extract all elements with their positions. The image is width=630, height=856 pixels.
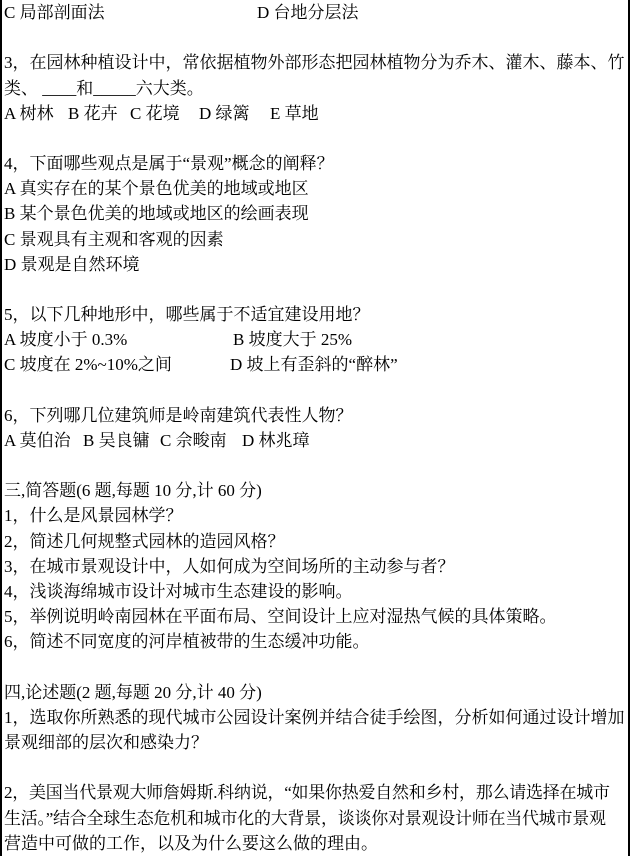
text-line: C 局部剖面法D 台地分层法 bbox=[4, 0, 626, 25]
text-line: B 某个景色优美的地域或地区的绘画表现 bbox=[4, 201, 626, 226]
text-line: 4，浅谈海绵城市设计对城市生态建设的影响。 bbox=[4, 579, 626, 604]
option-c: C 佘畯南 bbox=[160, 428, 227, 453]
question-text: 4，浅谈海绵城市设计对城市生态建设的影响。 bbox=[4, 582, 353, 601]
option-c: C 景观具有主观和客观的因素 bbox=[4, 230, 224, 249]
question-text: 6，下列哪几位建筑师是岭南建筑代表性人物？ bbox=[4, 406, 353, 425]
option-b: B 坡度大于 25% bbox=[233, 327, 352, 352]
option-c: C 花境 bbox=[130, 101, 180, 126]
text-line: 5，以下几种地形中，哪些属于不适宜建设用地？ bbox=[4, 302, 626, 327]
text-line: A 莫伯治B 吴良镛C 佘畯南D 林兆璋 bbox=[4, 428, 626, 453]
option-b: B 花卉 bbox=[68, 101, 118, 126]
text-line: 2，简述几何规整式园林的造园风格？ bbox=[4, 529, 626, 554]
option-a: A 树林 bbox=[4, 104, 54, 123]
essay-question-2: 2，美国当代景观大师詹姆斯.科纳说，“如果你热爱自然和乡村，那么请选择在城市生活… bbox=[4, 780, 626, 856]
text-line: 4，下面哪些观点是属于“景观”概念的阐释？ bbox=[4, 151, 626, 176]
text-line: 营造中可做的工作，以及为什么要这么做的理由。 bbox=[4, 831, 626, 856]
short-answer-section: 三,简答题(6 题,每题 10 分,计 60 分)1，什么是风景园林学？2，简述… bbox=[4, 478, 626, 654]
text-line: 6，简述不同宽度的河岸植被带的生态缓冲功能。 bbox=[4, 629, 626, 654]
question-6: 6，下列哪几位建筑师是岭南建筑代表性人物？A 莫伯治B 吴良镛C 佘畯南D 林兆… bbox=[4, 403, 626, 453]
text-line: A 坡度小于 0.3%B 坡度大于 25% bbox=[4, 327, 626, 352]
question-3: 3，在园林种植设计中，常依据植物外部形态把园林植物分为乔木、灌木、藤本、竹类、 … bbox=[4, 50, 626, 126]
text-line: A 树林B 花卉C 花境D 绿篱E 草地 bbox=[4, 101, 626, 126]
option-d: D 绿篱 bbox=[199, 101, 250, 126]
section-header: 三,简答题(6 题,每题 10 分,计 60 分) bbox=[4, 481, 262, 500]
section-header: 四,论述题(2 题,每题 20 分,计 40 分) bbox=[4, 683, 262, 702]
question-text-continued: 类、 ____和_____六大类。 bbox=[4, 79, 204, 98]
exam-document-page: C 局部剖面法D 台地分层法3，在园林种植设计中，常依据植物外部形态把园林植物分… bbox=[0, 0, 630, 856]
option-e: E 草地 bbox=[270, 101, 319, 126]
option-a: A 坡度小于 0.3% bbox=[4, 330, 127, 349]
text-line: C 景观具有主观和客观的因素 bbox=[4, 227, 626, 252]
question-text-continued: 营造中可做的工作，以及为什么要这么做的理由。 bbox=[4, 834, 378, 853]
option-a: A 真实存在的某个景色优美的地域或地区 bbox=[4, 179, 309, 198]
question-text: 1，选取你所熟悉的现代城市公园设计案例并结合徒手绘图，分析如何通过设计增加 bbox=[4, 708, 625, 727]
text-line: 1，选取你所熟悉的现代城市公园设计案例并结合徒手绘图，分析如何通过设计增加 bbox=[4, 705, 626, 730]
text-line: D 景观是自然环境 bbox=[4, 252, 626, 277]
text-line: 三,简答题(6 题,每题 10 分,计 60 分) bbox=[4, 478, 626, 503]
option-a: A 莫伯治 bbox=[4, 431, 71, 450]
question-4: 4，下面哪些观点是属于“景观”概念的阐释？A 真实存在的某个景色优美的地域或地区… bbox=[4, 151, 626, 277]
text-line: 3，在城市景观设计中，人如何成为空间场所的主动参与者？ bbox=[4, 554, 626, 579]
option-b: B 吴良镛 bbox=[83, 428, 150, 453]
option-c: C 坡度在 2%~10%之间 bbox=[4, 355, 172, 374]
option-d: D 林兆璋 bbox=[242, 428, 310, 453]
question-text: 5，以下几种地形中，哪些属于不适宜建设用地？ bbox=[4, 305, 370, 324]
question-5: 5，以下几种地形中，哪些属于不适宜建设用地？A 坡度小于 0.3%B 坡度大于 … bbox=[4, 302, 626, 378]
text-line: 6，下列哪几位建筑师是岭南建筑代表性人物？ bbox=[4, 403, 626, 428]
question-text: 5，举例说明岭南园林在平面布局、空间设计上应对湿热气候的具体策略。 bbox=[4, 607, 557, 626]
text-line: 四,论述题(2 题,每题 20 分,计 40 分) bbox=[4, 680, 626, 705]
text-line: 生活。”结合全球生态危机和城市化的大背景，谈谈你对景观设计师在当代城市景观 bbox=[4, 806, 626, 831]
text-line: 1，什么是风景园林学？ bbox=[4, 503, 626, 528]
question-text-continued: 景观细部的层次和感染力？ bbox=[4, 733, 208, 752]
option-d: D 台地分层法 bbox=[257, 0, 359, 25]
text-line: 2，美国当代景观大师詹姆斯.科纳说，“如果你热爱自然和乡村，那么请选择在城市 bbox=[4, 780, 626, 805]
question-text-continued: 生活。”结合全球生态危机和城市化的大背景，谈谈你对景观设计师在当代城市景观 bbox=[4, 809, 606, 828]
text-line: C 坡度在 2%~10%之间D 坡上有歪斜的“醉林” bbox=[4, 352, 626, 377]
question-text: 2，简述几何规整式园林的造园风格？ bbox=[4, 532, 285, 551]
prev-question-options-cd: C 局部剖面法D 台地分层法 bbox=[4, 0, 626, 25]
option-b: B 某个景色优美的地域或地区的绘画表现 bbox=[4, 204, 309, 223]
option-d: D 景观是自然环境 bbox=[4, 255, 140, 274]
text-line: 5，举例说明岭南园林在平面布局、空间设计上应对湿热气候的具体策略。 bbox=[4, 604, 626, 629]
option-d: D 坡上有歪斜的“醉林” bbox=[230, 352, 398, 377]
question-text: 3，在园林种植设计中，常依据植物外部形态把园林植物分为乔木、灌木、藤本、竹 bbox=[4, 53, 625, 72]
question-text: 4，下面哪些观点是属于“景观”概念的阐释？ bbox=[4, 154, 334, 173]
text-line: 类、 ____和_____六大类。 bbox=[4, 76, 626, 101]
document-body: C 局部剖面法D 台地分层法3，在园林种植设计中，常依据植物外部形态把园林植物分… bbox=[4, 0, 626, 856]
question-text: 3，在城市景观设计中，人如何成为空间场所的主动参与者？ bbox=[4, 557, 455, 576]
text-line: 3，在园林种植设计中，常依据植物外部形态把园林植物分为乔木、灌木、藤本、竹 bbox=[4, 50, 626, 75]
question-text: 2，美国当代景观大师詹姆斯.科纳说，“如果你热爱自然和乡村，那么请选择在城市 bbox=[4, 783, 610, 802]
text-line: A 真实存在的某个景色优美的地域或地区 bbox=[4, 176, 626, 201]
question-text: 6，简述不同宽度的河岸植被带的生态缓冲功能。 bbox=[4, 632, 370, 651]
option-c: C 局部剖面法 bbox=[4, 3, 105, 22]
essay-section: 四,论述题(2 题,每题 20 分,计 40 分)1，选取你所熟悉的现代城市公园… bbox=[4, 680, 626, 756]
question-text: 1，什么是风景园林学？ bbox=[4, 506, 183, 525]
text-line: 景观细部的层次和感染力？ bbox=[4, 730, 626, 755]
